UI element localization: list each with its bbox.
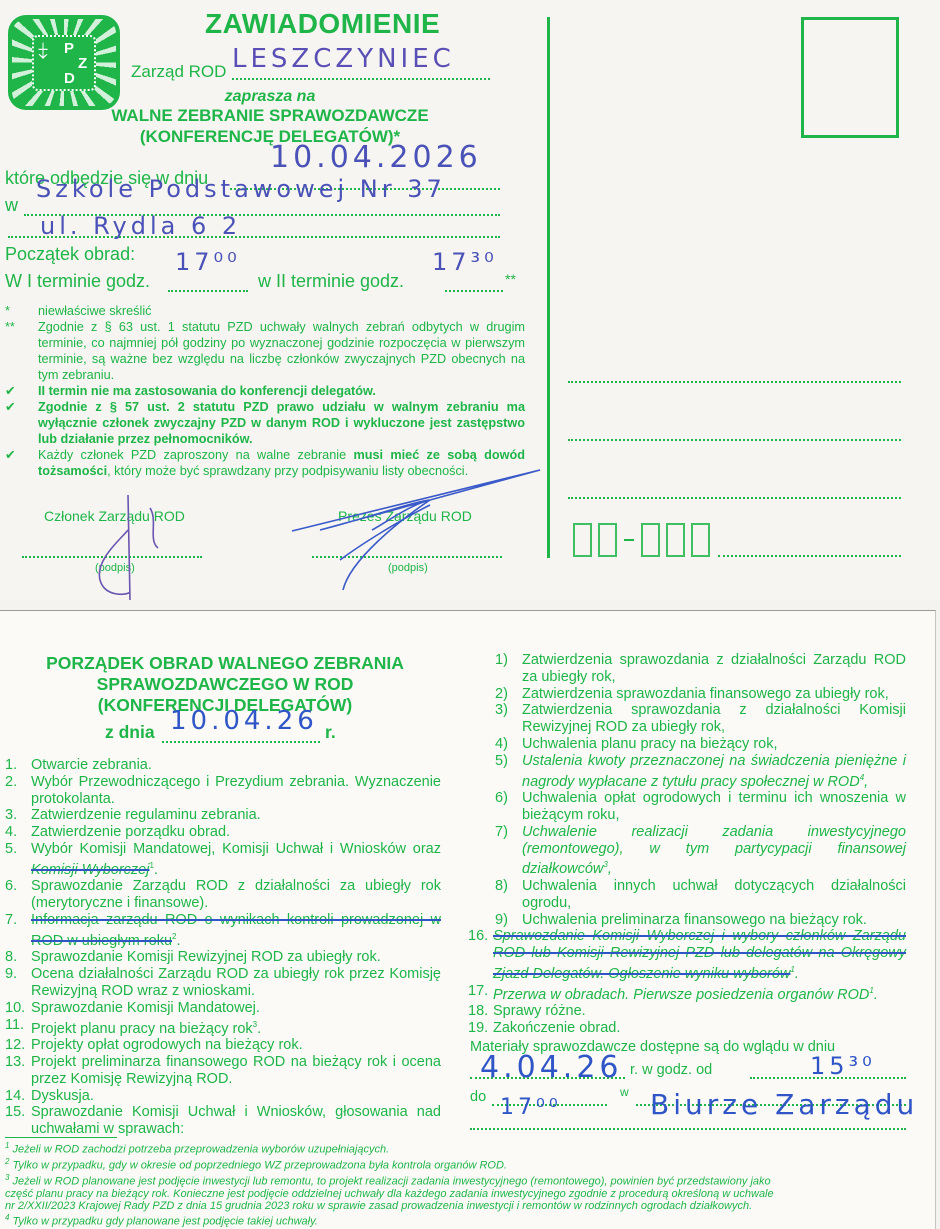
agenda-item-text: Uchwalenia planu pracy na bieżący rok, [522, 736, 906, 753]
agenda-item-number: 9) [495, 912, 522, 929]
materials-place-label: w [620, 1085, 629, 1099]
notice-card: ⤈ P Z D ZAWIADOMIENIE Zarząd ROD LESZCZY… [0, 0, 940, 600]
agenda-item-text: Informacja zarządu ROD o wynikach kontro… [31, 912, 441, 949]
city-field-line[interactable] [718, 555, 901, 557]
agenda-item-number: 3) [495, 702, 522, 736]
agenda-item-text: Sprawozdanie Komisji Rewizyjnej ROD za u… [31, 949, 441, 966]
materials-place-value[interactable]: Biurze Zarządu [650, 1088, 918, 1121]
materials-place-field-line2[interactable] [470, 1128, 906, 1130]
agenda-item-text: Sprawozdanie Komisji Wyborczej i wybory … [493, 928, 906, 982]
agenda-item: 10.Sprawozdanie Komisji Mandatowej. [5, 1000, 441, 1017]
agenda-item: 7)Uchwalenie realizacji zadania inwestyc… [495, 824, 906, 878]
agenda-item-text: Wybór Komisji Mandatowej, Komisji Uchwał… [31, 841, 441, 878]
footnote-ref: 2 [172, 932, 176, 941]
agenda-item-text: Uchwalenia preliminarza finansowego na b… [522, 912, 906, 929]
agenda-item-number: 4) [495, 736, 522, 753]
agenda-item-number: 3. [5, 807, 31, 824]
stamp-box [801, 17, 899, 138]
agenda-item: 11.Projekt planu pracy na bieżący rok3. [5, 1017, 441, 1038]
materials-to-label: do [470, 1089, 486, 1105]
agenda-item-number: 9. [5, 966, 31, 1000]
agenda-item-number: 16. [468, 928, 493, 982]
agenda-item-number: 12. [5, 1037, 31, 1054]
agenda-item-text: Zatwierdzenia sprawozdania z działalnośc… [522, 702, 906, 736]
agenda-item: 1)Zatwierdzenia sprawozdania z działalno… [495, 652, 906, 686]
agenda-item-number: 10. [5, 1000, 31, 1017]
agenda-item-text: Projekt planu pracy na bieżący rok3. [31, 1017, 441, 1038]
footnote-ref: 3 [603, 860, 607, 869]
materials-date-value[interactable]: 4.04.26 [480, 1050, 623, 1085]
footnote-ref: 4 [860, 773, 864, 782]
footnote: 3 Jeżeli w ROD planowane jest podjęcie i… [5, 1172, 935, 1188]
agenda-item: 17.Przerwa w obradach. Pierwsze posiedze… [493, 983, 906, 1004]
agenda-item-text: Zatwierdzenie regulaminu zebrania. [31, 807, 441, 824]
footnote-ref: 1 [149, 861, 153, 870]
agenda-item: 15.Sprawozdanie Komisji Uchwał i Wnioskó… [5, 1104, 441, 1138]
footnote-ref: 1 [869, 986, 873, 995]
address-line-1[interactable] [568, 381, 901, 383]
agenda-item: 3.Zatwierdzenie regulaminu zebrania. [5, 807, 441, 824]
agenda-item-number: 6) [495, 790, 522, 824]
agenda-list: 1.Otwarcie zebrania.2.Wybór Przewodniczą… [5, 757, 441, 1138]
agenda-item: 6)Uchwalenia opłat ogrodowych i terminu … [495, 790, 906, 824]
postcode-digit-box[interactable] [641, 523, 660, 557]
footnote-ref: 1 [790, 965, 794, 974]
agenda-item-number: 11. [5, 1017, 31, 1038]
agenda-item: 1.Otwarcie zebrania. [5, 757, 441, 774]
agenda-item-text: Zakończenie obrad. [493, 1020, 906, 1037]
agenda-item: 5.Wybór Komisji Mandatowej, Komisji Uchw… [5, 841, 441, 878]
agenda-item-text: Sprawozdanie Komisji Mandatowej. [31, 1000, 441, 1017]
agenda-item: 8.Sprawozdanie Komisji Rewizyjnej ROD za… [5, 949, 441, 966]
agenda-item-number: 14. [5, 1088, 31, 1105]
agenda-item-number: 5) [495, 753, 522, 790]
agenda-item-text: Sprawozdanie Zarządu ROD z działalności … [31, 878, 441, 912]
agenda-item: 9)Uchwalenia preliminarza finansowego na… [495, 912, 906, 929]
agenda-item-number: 1) [495, 652, 522, 686]
agenda-date-field-line[interactable] [162, 741, 320, 743]
footnote: 1 Jeżeli w ROD zachodzi potrzeba przepro… [5, 1140, 935, 1156]
materials-from-value[interactable]: 15³⁰ [810, 1052, 876, 1080]
agenda-item-number: 8) [495, 878, 522, 912]
postcode-dash [624, 539, 634, 541]
agenda-item: 14.Dyskusja. [5, 1088, 441, 1105]
agenda-item: 19.Zakończenie obrad. [493, 1020, 906, 1037]
agenda-item-number: 19. [468, 1020, 493, 1037]
postcode-boxes[interactable] [573, 523, 710, 557]
agenda-item-text: Zatwierdzenia sprawozdania finansowego z… [522, 686, 906, 703]
agenda-item-number: 1. [5, 757, 31, 774]
agenda-item-number: 17. [468, 983, 493, 1004]
agenda-item-number: 2. [5, 774, 31, 808]
crossed-out-text: Sprawozdanie Komisji Wyborczej i wybory … [493, 928, 906, 981]
agenda-item: 4)Uchwalenia planu pracy na bieżący rok, [495, 736, 906, 753]
agenda-item-text: Uchwalenia innych uchwał dotyczących dzi… [522, 878, 906, 912]
agenda-item: 2)Zatwierdzenia sprawozdania finansowego… [495, 686, 906, 703]
materials-to-value[interactable]: 17⁰⁰ [500, 1095, 562, 1120]
agenda-item-number: 7) [495, 824, 522, 878]
agenda-item-number: 6. [5, 878, 31, 912]
address-divider [547, 17, 550, 200]
agenda-item-text: Ustalenia kwoty przeznaczonej na świadcz… [522, 753, 906, 790]
footnote: nr 2/XXII/2023 Krajowej Rady PZD z dnia … [5, 1200, 935, 1212]
agenda-item-text: Projekty opłat ogrodowych na bieżący rok… [31, 1037, 441, 1054]
signature-strokes [0, 0, 560, 600]
postcode-digit-box[interactable] [691, 523, 710, 557]
agenda-item: 5)Ustalenia kwoty przeznaczonej na świad… [495, 753, 906, 790]
agenda-date-value[interactable]: 10.04.26 [170, 706, 318, 736]
agenda-item-text: Wybór Przewodniczącego i Prezydium zebra… [31, 774, 441, 808]
agenda-item: 4.Zatwierdzenie porządku obrad. [5, 824, 441, 841]
footnote-rule [5, 1137, 117, 1138]
agenda-date-suffix: r. [325, 722, 336, 743]
agenda-item-number: 13. [5, 1054, 31, 1088]
footnote: część planu pracy na bieżący rok. Koniec… [5, 1188, 935, 1200]
footnote-number: 3 [5, 1173, 9, 1182]
agenda-item-text: Dyskusja. [31, 1088, 441, 1105]
agenda-item-text: Uchwalenia opłat ogrodowych i terminu ic… [522, 790, 906, 824]
agenda-item: 13.Projekt preliminarza finansowego ROD … [5, 1054, 441, 1088]
postcode-digit-box[interactable] [666, 523, 685, 557]
agenda-item: 12.Projekty opłat ogrodowych na bieżący … [5, 1037, 441, 1054]
agenda-item-text: Uchwalenie realizacji zadania inwestycyj… [522, 824, 906, 878]
materials-from-label: r. w godz. od [630, 1062, 712, 1078]
agenda-item: 3)Zatwierdzenia sprawozdania z działalno… [495, 702, 906, 736]
footnote: 4 Tylko w przypadku gdy planowane jest p… [5, 1212, 935, 1228]
agenda-item-number: 4. [5, 824, 31, 841]
agenda-item-number: 7. [5, 912, 31, 949]
agenda-item: 8)Uchwalenia innych uchwał dotyczących d… [495, 878, 906, 912]
crossed-out-text: Komisji Wyborczej [31, 862, 149, 878]
agenda-item: 7.Informacja zarządu ROD o wynikach kont… [5, 912, 441, 949]
agenda-item: 9.Ocena działalności Zarządu ROD za ubie… [5, 966, 441, 1000]
agenda-item-text: Sprawozdanie Komisji Uchwał i Wniosków, … [31, 1104, 441, 1138]
agenda-item-text: Zatwierdzenia sprawozdania z działalnośc… [522, 652, 906, 686]
postcode-digit-box[interactable] [573, 523, 592, 557]
agenda-item: 2.Wybór Przewodniczącego i Prezydium zeb… [5, 774, 441, 808]
agenda-item-number: 15. [5, 1104, 31, 1138]
agenda-item-number: 18. [468, 1003, 493, 1020]
postcode-digit-box[interactable] [598, 523, 617, 557]
agenda-item-text: Otwarcie zebrania. [31, 757, 441, 774]
agenda-item-number: 5. [5, 841, 31, 878]
agenda-item-text: Sprawy różne. [493, 1003, 906, 1020]
agenda-item: 16.Sprawozdanie Komisji Wyborczej i wybo… [493, 928, 906, 982]
footnote: 2 Tylko w przypadku, gdy w okresie od po… [5, 1156, 935, 1172]
crossed-out-text: Informacja zarządu ROD o wynikach kontro… [31, 912, 441, 949]
agenda-item-text: Projekt preliminarza finansowego ROD na … [31, 1054, 441, 1088]
address-line-3[interactable] [568, 497, 901, 499]
agenda-item-text: Ocena działalności Zarządu ROD za ubiegł… [31, 966, 441, 1000]
agenda-item-number: 8. [5, 949, 31, 966]
agenda-item-text: Przerwa w obradach. Pierwsze posiedzenia… [493, 983, 906, 1004]
agenda-item-text: Zatwierdzenie porządku obrad. [31, 824, 441, 841]
agenda-item-number: 2) [495, 686, 522, 703]
footnotes: 1 Jeżeli w ROD zachodzi potrzeba przepro… [5, 1140, 935, 1228]
agenda-list-continued: 1)Zatwierdzenia sprawozdania z działalno… [495, 652, 906, 1037]
agenda-date-label: z dnia [105, 722, 155, 743]
address-line-2[interactable] [568, 439, 901, 441]
agenda-title-line1: PORZĄDEK OBRAD WALNEGO ZEBRANIA [0, 653, 450, 674]
footnote-ref: 3 [253, 1020, 257, 1029]
footnote-number: 4 [5, 1213, 9, 1222]
agenda-item: 18.Sprawy różne. [493, 1003, 906, 1020]
address-divider [547, 200, 550, 558]
agenda-item: 6.Sprawozdanie Zarządu ROD z działalnośc… [5, 878, 441, 912]
agenda-title-line2: SPRAWOZDAWCZEGO W ROD [0, 674, 450, 695]
footnote-number: 1 [5, 1141, 9, 1150]
footnote-number: 2 [5, 1157, 9, 1166]
